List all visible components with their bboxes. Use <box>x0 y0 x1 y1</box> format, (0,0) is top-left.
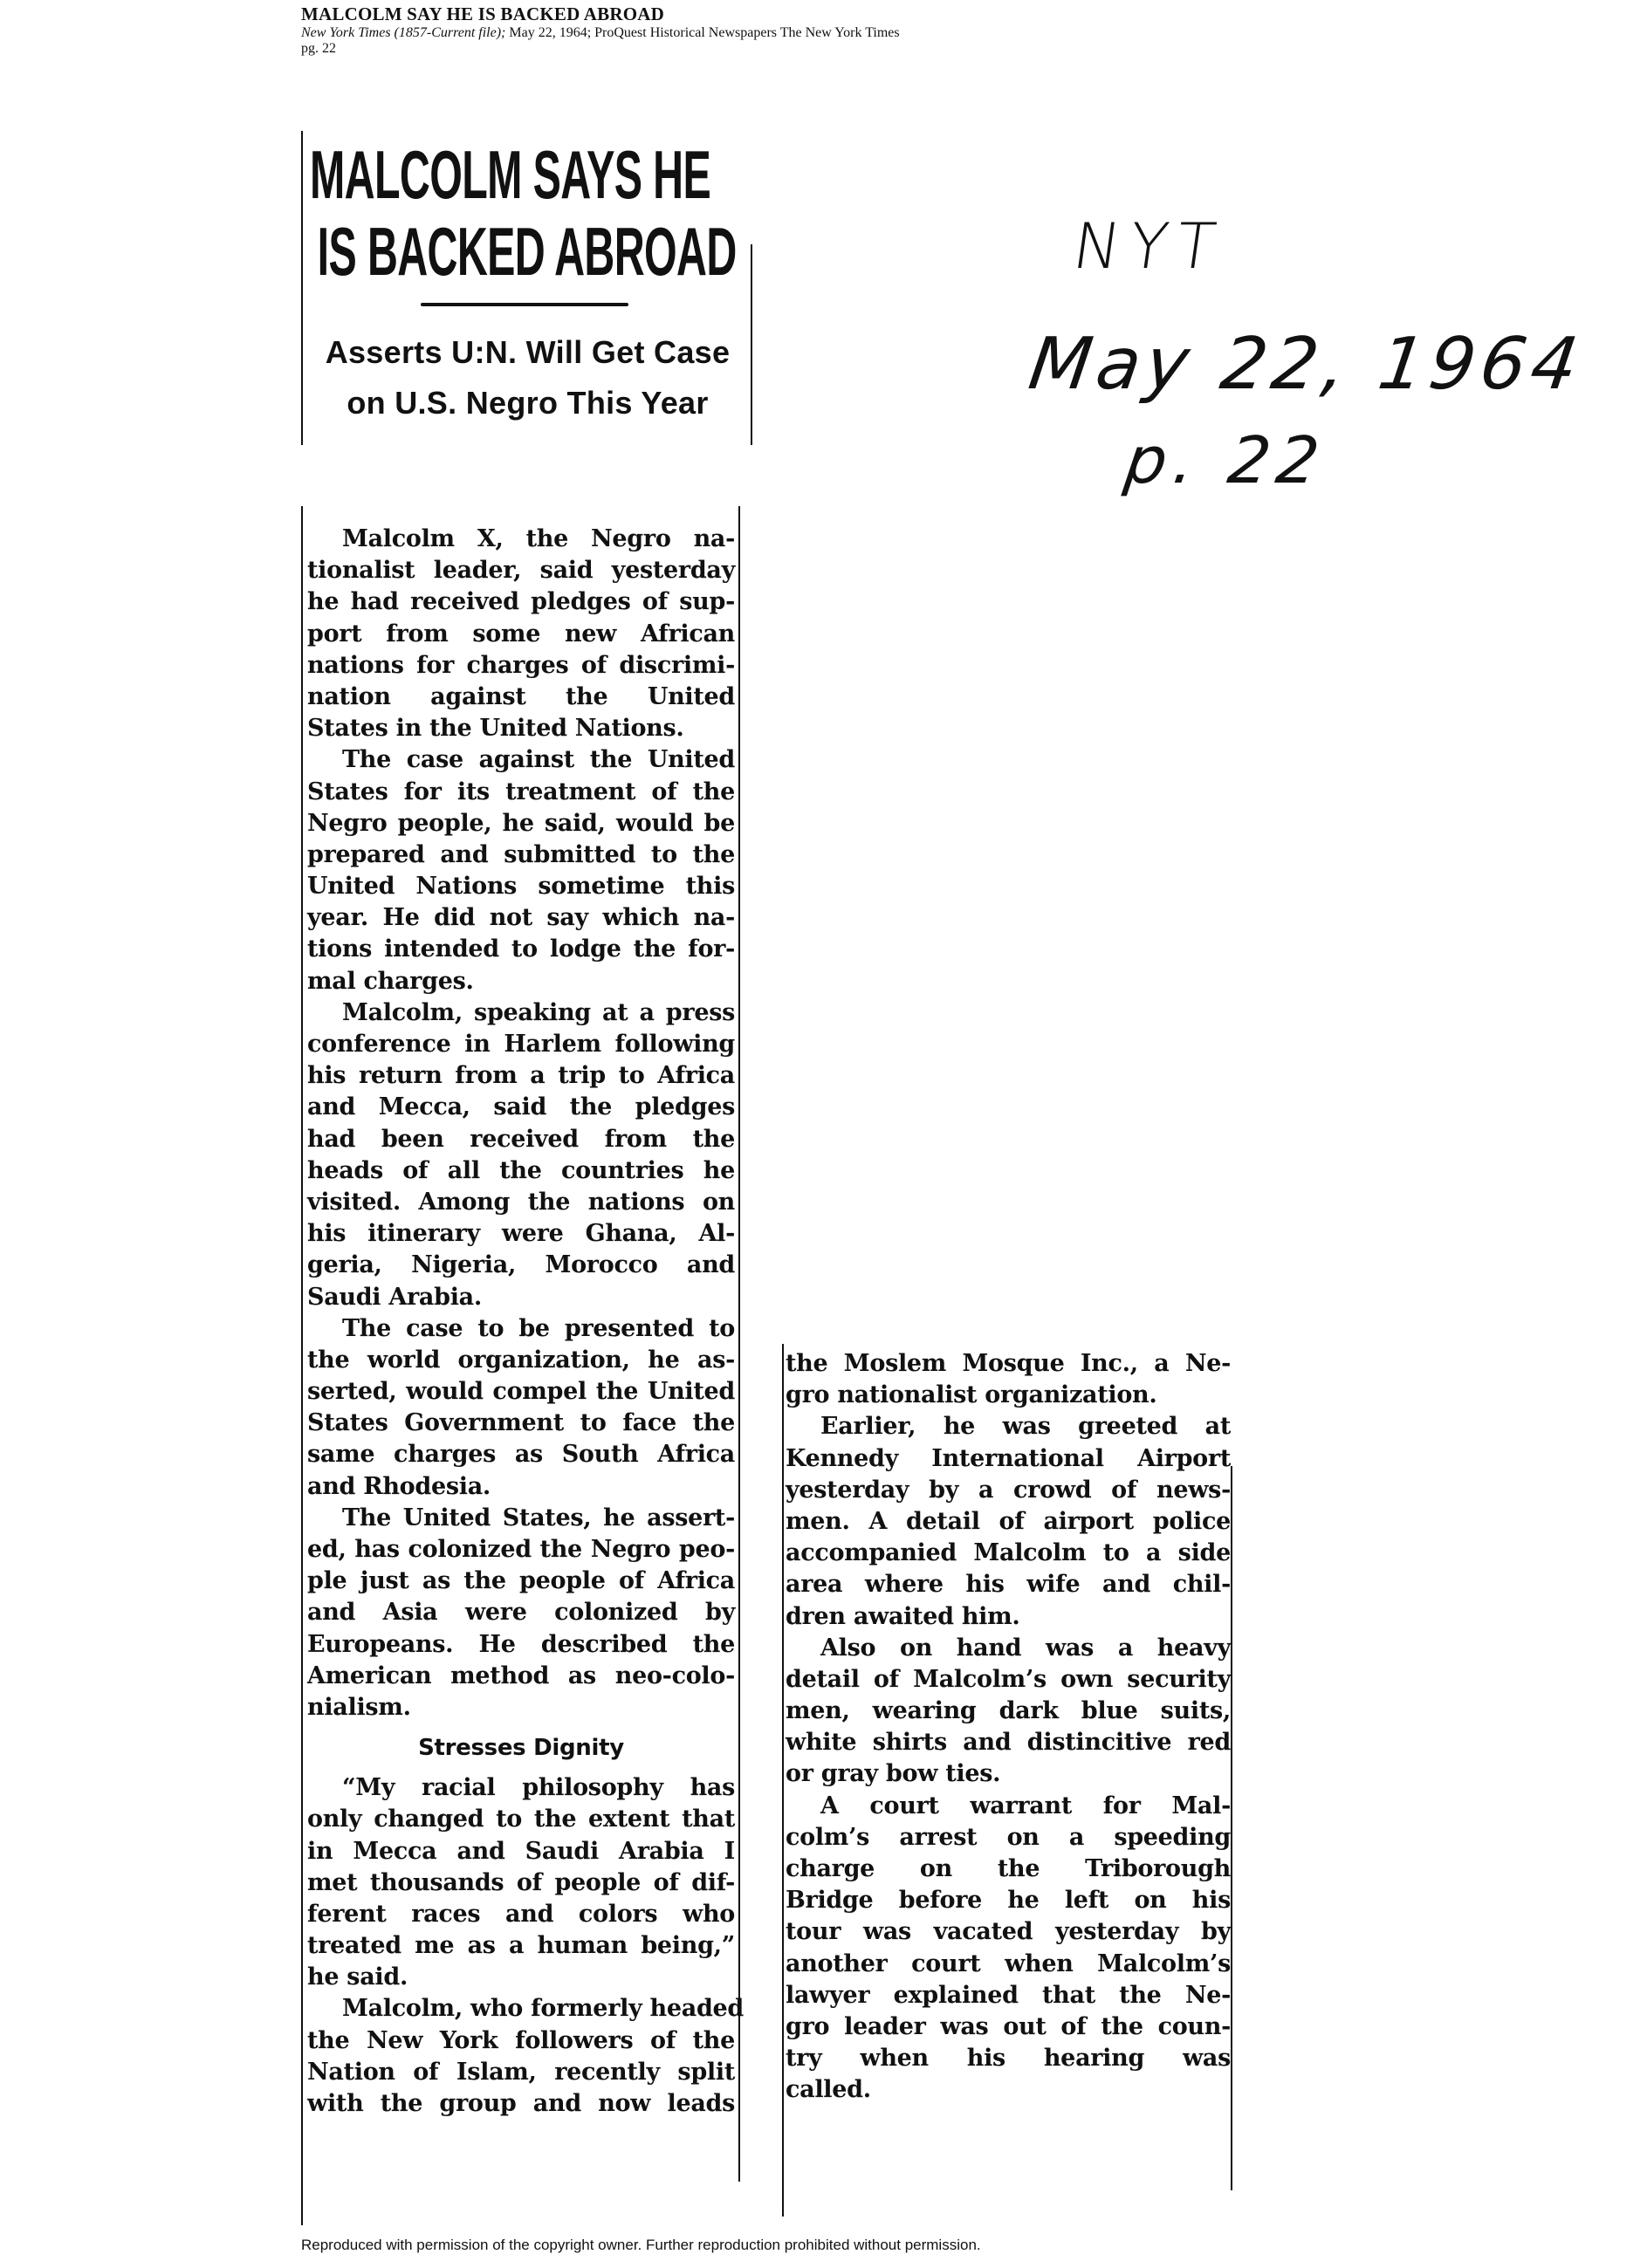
article-text-line: The case against the United <box>307 744 735 776</box>
handwritten-publication: NYT <box>1068 209 1229 283</box>
article-text-line: Bridge before he left on his <box>786 1885 1231 1916</box>
article-text-line: geria, Nigeria, Morocco and <box>307 1250 735 1281</box>
article-text-line: visited. Among the nations on <box>307 1187 735 1218</box>
article-text-line: gro leader was out of the coun- <box>786 2011 1231 2043</box>
article-text-line: “My racial philosophy has <box>307 1772 735 1804</box>
article-text-line: States for its treatment of the <box>307 777 735 808</box>
article-text-line: The case to be presented to <box>307 1313 735 1345</box>
column-rule <box>301 506 303 2225</box>
article-text-line: yesterday by a crowd of news- <box>786 1475 1231 1506</box>
article-column-2: the Moslem Mosque Inc., a Ne-gro nationa… <box>786 1348 1231 2107</box>
article-text-line: lawyer explained that the Ne- <box>786 1980 1231 2011</box>
article-text-line: serted, would compel the United <box>307 1376 735 1408</box>
article-text-line: his return from a trip to Africa <box>307 1060 735 1092</box>
article-text-line: he had received pledges of sup- <box>307 586 735 618</box>
article-text-line: tour was vacated yesterday by <box>786 1916 1231 1948</box>
article-text-line: The United States, he assert- <box>307 1503 735 1534</box>
article-text-line: another court when Malcolm’s <box>786 1949 1231 1980</box>
article-text-line: and Asia were colonized by <box>307 1597 735 1628</box>
handwritten-annotation: NYT May 22, 1964 p. 22 <box>1030 209 1519 524</box>
article-text-line: in Mecca and Saudi Arabia I <box>307 1836 735 1867</box>
citation-source-details: May 22, 1964; ProQuest Historical Newspa… <box>505 25 899 40</box>
article-text-line: Nation of Islam, recently split <box>307 2057 735 2088</box>
article-text-line: United Nations sometime this <box>307 871 735 902</box>
article-text-line: colm’s arrest on a speeding <box>786 1822 1231 1853</box>
headline-line: IS BACKED ABROAD <box>310 213 761 290</box>
headline-line: MALCOLM SAYS HE <box>310 136 753 213</box>
article-text-line: treated me as a human being,” <box>307 1930 735 1962</box>
article-text-line: Kennedy International Airport <box>786 1443 1231 1475</box>
article-text-line: Malcolm, who formerly headed <box>307 1993 735 2025</box>
citation-source: New York Times (1857-Current file); May … <box>301 26 1174 40</box>
article-text-line: Europeans. He described the <box>307 1629 735 1661</box>
article-text-line: only changed to the extent that <box>307 1804 735 1835</box>
article-text-line: dren awaited him. <box>786 1601 1231 1633</box>
article-text-line: ferent races and colors who <box>307 1899 735 1930</box>
article-text-line: heads of all the countries he <box>307 1155 735 1187</box>
article-column-1: Malcolm X, the Negro na-tionalist leader… <box>307 524 735 2120</box>
article-text-line: the New York followers of the <box>307 2025 735 2057</box>
article-text-line: try when his hearing was <box>786 2043 1231 2074</box>
article-headline: MALCOLM SAYS HE IS BACKED ABROAD <box>310 136 586 290</box>
article-text-line: same charges as South Africa <box>307 1439 735 1470</box>
article-text-line: accompanied Malcolm to a side <box>786 1538 1231 1569</box>
article-text-line: met thousands of people of dif- <box>307 1867 735 1899</box>
article-text-line: ple just as the people of Africa <box>307 1566 735 1597</box>
article-text-line: his itinerary were Ghana, Al- <box>307 1218 735 1250</box>
article-text-line: Negro people, he said, would be <box>307 808 735 839</box>
deck-line: on U.S. Negro This Year <box>303 378 752 428</box>
article-text-line: and Rhodesia. <box>307 1471 735 1503</box>
article-text-line: the world organization, he as- <box>307 1345 735 1376</box>
article-text-line: tions intended to lodge the for- <box>307 934 735 965</box>
article-text-line: prepared and submitted to the <box>307 839 735 871</box>
article-text-line: and Mecca, said the pledges <box>307 1092 735 1123</box>
article-text-line: detail of Malcolm’s own security <box>786 1664 1231 1696</box>
article-text-line: area where his wife and chil- <box>786 1569 1231 1600</box>
article-text-line: the Moslem Mosque Inc., a Ne- <box>786 1348 1231 1380</box>
article-text-line: mal charges. <box>307 966 735 997</box>
headline-divider <box>421 303 628 306</box>
article-text-line: port from some new African <box>307 619 735 650</box>
article-text-line: American method as neo-colo- <box>307 1661 735 1692</box>
article-deck: Asserts U:N. Will Get Case on U.S. Negro… <box>303 327 752 428</box>
article-text-line: called. <box>786 2074 1231 2106</box>
deck-line: Asserts U:N. Will Get Case <box>303 327 752 378</box>
article-text-line: A court warrant for Mal- <box>786 1791 1231 1822</box>
handwritten-date: May 22, 1964 <box>1024 323 1588 406</box>
article-text-line: nation against the United <box>307 682 735 713</box>
column-rule <box>738 506 740 2182</box>
article-text-line: white shirts and distincitive red <box>786 1727 1231 1758</box>
article-text-line: Malcolm X, the Negro na- <box>307 524 735 555</box>
article-text-line: year. He did not say which na- <box>307 902 735 934</box>
article-text-line: charge on the Triborough <box>786 1853 1231 1885</box>
article-text-line: had been received from the <box>307 1124 735 1155</box>
column-rule <box>782 1344 784 2217</box>
column-rule <box>1231 1466 1232 2190</box>
section-subhead: Stresses Dignity <box>307 1723 735 1772</box>
article-text-line: Malcolm, speaking at a press <box>307 997 735 1029</box>
article-text-line: he said. <box>307 1962 735 1993</box>
article-text-line: nialism. <box>307 1692 735 1723</box>
article-text-line: tionalist leader, said yesterday <box>307 555 735 586</box>
article-text-line: or gray bow ties. <box>786 1758 1231 1790</box>
article-text-line: ed, has colonized the Negro peo- <box>307 1534 735 1566</box>
citation-title: MALCOLM SAY HE IS BACKED ABROAD <box>301 5 1174 24</box>
handwritten-page: p. 22 <box>1121 423 1330 498</box>
citation-header: MALCOLM SAY HE IS BACKED ABROAD New York… <box>301 5 1174 56</box>
article-text-line: nations for charges of discrimi- <box>307 650 735 682</box>
citation-source-publication: New York Times (1857-Current file); <box>301 25 505 40</box>
article-text-line: men, wearing dark blue suits, <box>786 1696 1231 1727</box>
article-text-line: States Government to face the <box>307 1408 735 1439</box>
citation-page: pg. 22 <box>301 42 1174 56</box>
article-text-line: gro nationalist organization. <box>786 1380 1231 1411</box>
headline-block: MALCOLM SAYS HE IS BACKED ABROAD Asserts… <box>301 131 752 445</box>
article-text-line: with the group and now leads <box>307 2088 735 2120</box>
article-text-line: Also on hand was a heavy <box>786 1633 1231 1664</box>
article-text-line: Saudi Arabia. <box>307 1282 735 1313</box>
copyright-footer: Reproduced with permission of the copyri… <box>301 2237 1348 2254</box>
article-text-line: men. A detail of airport police <box>786 1506 1231 1538</box>
article-text-line: conference in Harlem following <box>307 1029 735 1060</box>
article-text-line: Earlier, he was greeted at <box>786 1411 1231 1442</box>
article-text-line: States in the United Nations. <box>307 713 735 744</box>
